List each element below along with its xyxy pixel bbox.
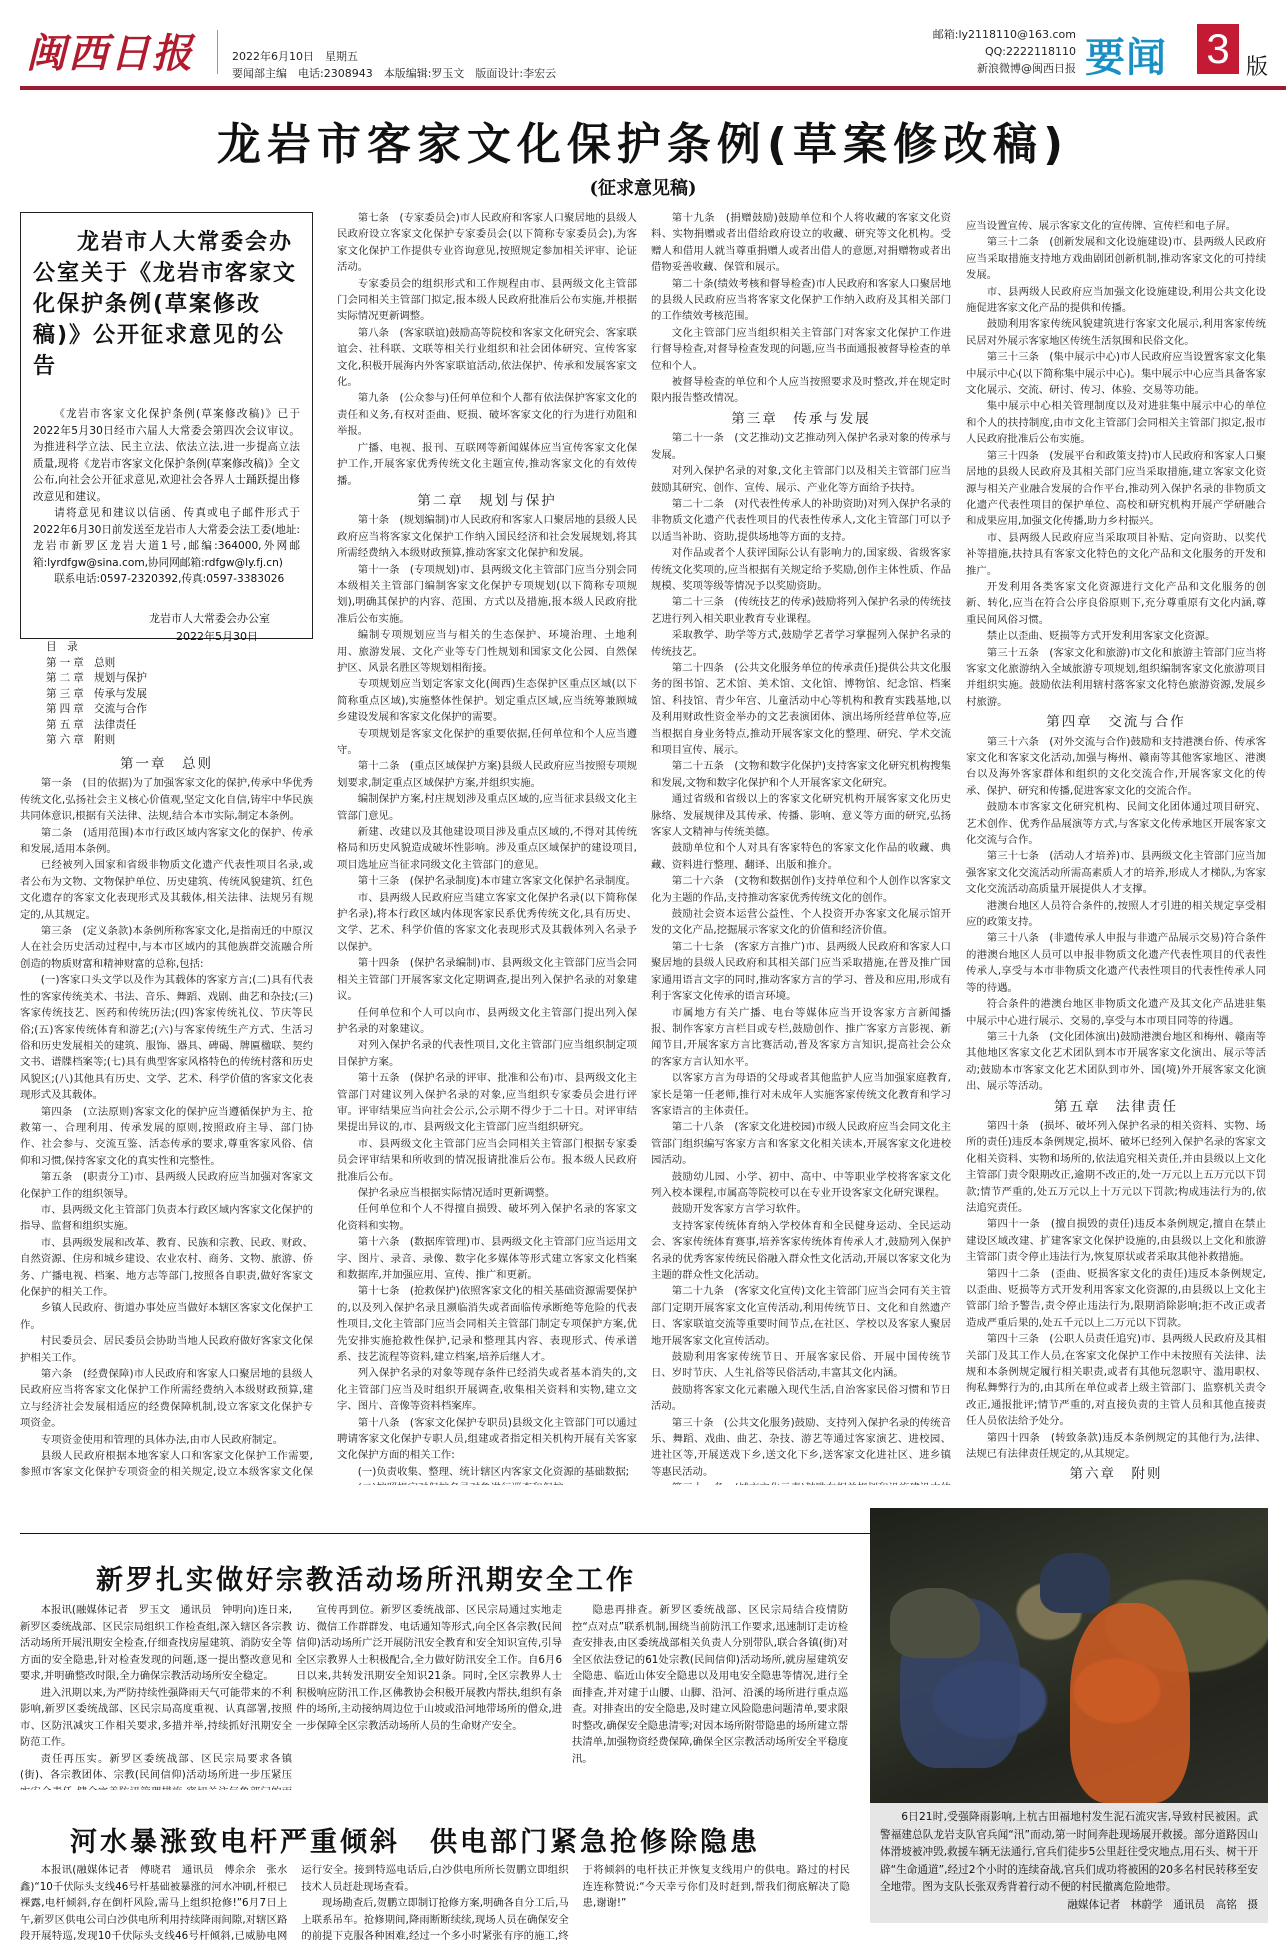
chapter-heading: 第六章 附则 [966,1466,1266,1482]
article-paragraph: 第四十一条 (擅自损毁的责任)违反本条例规定,擅自在禁止建设区域改建、扩建客家文… [966,1216,1266,1265]
article-paragraph: 乡镇人民政府、街道办事处应当做好本辖区客家文化保护工作。 [20,1300,313,1333]
photo-credit: 融媒体记者 林蔚学 通讯员 高铭 摄 [880,1897,1258,1915]
article-paragraph: 以客家方言为母语的父母或者其他监护人应当加强家庭教育,家长是第一任老师,推行对未… [651,1070,951,1119]
article-paragraph: 符合条件的港澳台地区非物质文化遗产及其文化产品进驻集中展示中心进行展示、交易的,… [966,996,1266,1029]
article-subtitle: (征求意见稿) [0,174,1286,200]
article-column-4: 应当设置宣传、展示客家文化的宣传牌、宣传栏和电子屏。 第三十二条 (创新发展和文… [966,218,1266,1488]
article-paragraph: 禁止以歪曲、贬损等方式开发利用客家文化资源。 [966,628,1266,644]
newspaper-logo: 闽西日报 [26,22,194,79]
article-paragraph: 采取教学、助学等方式,鼓励学艺者学习掌握列入保护名录的传统技艺。 [651,627,951,660]
article-paragraph: 市、县两级文化主管部门应当会同相关主管部门根据专家委员会评审结果和所收到的情况报… [337,1136,637,1185]
page-number-badge: 3 [1197,24,1239,74]
story-paragraph: 进入汛期以来,为严防持续性强降雨天气可能带来的不利影响,新罗区委统战部、区民宗局… [20,1685,292,1751]
article-paragraph: 广播、电视、报刊、互联网等新闻媒体应当宣传客家文化保护工作,开展客家优秀传统文化… [337,440,637,489]
article-paragraph: 通过省级和省级以上的客家文化研究机构开展客家文化历史脉络、发展规律及其传承、传播… [651,791,951,840]
toc-chapter-name: 总则 [94,657,115,669]
article-list: (一)客家口头文学以及作为其载体的客家方言;(二)具有代表性的客家传统美术、书法… [20,972,313,1103]
article-paragraph: 第十条 (规划编制)市人民政府和客家人口聚居地的县级人民政府应当将客家文化保护工… [337,512,637,561]
article-paragraph: 第八条 (客家联谊)鼓励高等院校和客家文化研究会、客家联谊会、社科联、文联等相关… [337,325,637,391]
article-paragraph: 第二十七条 (客家方言推广)市、县两级人民政府和客家人口聚居地的县级人民政府和其… [651,939,951,1005]
article-paragraph: 已经被列入国家和省级非物质文化遗产代表性项目名录,或者公布为文物、文物保护单位、… [20,857,313,923]
story-paragraph: 责任再压实。新罗区委统战部、区民宗局要求各镇(街)、各宗教团体、宗教(民间信仰)… [20,1751,292,1791]
article-paragraph: 市、县两级人民政府应当建立客家文化保护名录(以下简称保护名录),将本行政区域内体… [337,890,637,956]
article-paragraph: 第二十五条 (文物和数字化保护)支持客家文化研究机构搜集和发展,文物和数字化保护… [651,758,951,791]
article-paragraph: 第二十二条 (对代表性传承人的补助资助)对列入保护名录的非物质文化遗产代表性项目… [651,496,951,545]
toc-chapter: 第六章 [46,733,94,749]
article-paragraph: 港澳台地区人员符合条件的,按照人才引进的相关规定享受相应的政策支持。 [966,898,1266,931]
story1-column-1: 本报讯(融媒体记者 罗玉文 通讯员 钟明向)连日来,新罗区委统战部、区民宗局组织… [20,1602,292,1790]
table-of-contents: 目 录 第一章总则 第二章规划与保护 第三章传承与发展 第四章交流与合作 第五章… [46,640,147,749]
toc-chapter: 第三章 [46,687,94,703]
photo-figure-life-vest [1070,1603,1190,1803]
article-paragraph: 第十三条 (保护名录制度)本市建立客家文化保护名录制度。 [337,873,637,889]
toc-heading: 目 录 [46,640,147,656]
article-paragraph: 市、县两级文化主管部门负责本行政区域内客家文化保护的指导、监督和组织实施。 [20,1202,313,1235]
article-paragraph: 文化主管部门应当组织相关主管部门对客家文化保护工作进行督导检查,对督导检查发现的… [651,325,951,374]
article-paragraph: 第二十九条 (客家文化宣传)文化主管部门应当会同有关主管部门定期开展客家文化宣传… [651,1283,951,1349]
toc-chapter-name: 交流与合作 [94,703,147,715]
article-paragraph: 第十八条 (客家文化保护专职员)县级文化主管部门可以通过聘请客家文化保护专职人员… [337,1415,637,1464]
chapter-heading: 第二章 规划与保护 [337,493,637,509]
story2-body: 本报讯(融媒体记者 傅晓君 通讯员 傅余余 张水鑫)“10千伏际头支线46号杆基… [20,1862,850,1954]
notice-paragraph: 请将意见和建议以信函、传真或电子邮件形式于2022年6月30日前发送至龙岩市人大… [33,505,300,571]
article-headline: 龙岩市客家文化保护条例(草案修改稿) [0,108,1286,172]
photo-figure-soldier2-cap [1040,1553,1110,1613]
article-paragraph: 第三十九条 (文化团体演出)鼓励港澳台地区和梅州、赣南等其他地区客家文化艺术团队… [966,1029,1266,1095]
article-paragraph: 市属地方有关广播、电台等媒体应当开设客家方言新闻播报、制作客家方言栏目或专栏,鼓… [651,1005,951,1071]
article-paragraph: 专家委员会的组织形式和工作规程由市、县两级文化主管部门会同相关主管部门拟定,报本… [337,276,637,325]
article-paragraph: 第二十八条 (客家文化进校园)市级人民政府应当会同文化主管部门组织编写客家方言和… [651,1119,951,1168]
article-paragraph: 第二十六条 (文物和数据创作)支持单位和个人创作以客家文化为主题的作品,支持推动… [651,873,951,906]
notice-signer: 龙岩市人大常委会办公室 [33,610,270,628]
toc-chapter-name: 附则 [94,734,115,746]
article-paragraph: 任何单位和个人可以向市、县两级文化主管部门提出列入保护名录的对象建议。 [337,1005,637,1038]
article-paragraph: 村民委员会、居民委员会协助当地人民政府做好客家文化保护相关工作。 [20,1333,313,1366]
article-paragraph: (一)负责收集、整理、统计辖区内客家文化资源的基础数据; [337,1464,637,1480]
article-paragraph: 第三十四条 (发展平台和政策支持)市人民政府和客家人口聚居地的县级人民政府及其相… [966,448,1266,530]
toc-chapter: 第四章 [46,702,94,718]
contact-email: 邮箱:ly2118110@163.com [933,26,1076,43]
masthead: 闽西日报 2022年6月10日 星期五 要闻部主编 电话:2308943 本版编… [0,0,1286,88]
masthead-divider [217,30,218,74]
article-paragraph: 编制保护方案,村庄规划涉及重点区域的,应当征求县级文化主管部门意见。 [337,791,637,824]
toc-item: 第五章法律责任 [46,718,147,734]
article-paragraph: 保护名录应当根据实际情况适时更新调整。 [337,1185,637,1201]
chapter-heading: 第五章 法律责任 [966,1099,1266,1115]
toc-item: 第三章传承与发展 [46,687,147,703]
toc-item: 第六章附则 [46,733,147,749]
article-paragraph: 第四十条 (损坏、破坏列入保护名录的相关资料、实物、场所的责任)违反本条例规定,… [966,1118,1266,1216]
article-paragraph: 市、县两级人民政府应当加强文化设施建设,利用公共文化设施促进客家文化产品的提供和… [966,284,1266,317]
article-paragraph: 第十一条 (专项规划)市、县两级文化主管部门应当分别会同本级相关主管部门编制客家… [337,562,637,628]
article-paragraph: 集中展示中心相关管理制度以及对进驻集中展示中心的单位和个人的扶持制度,由市文化主… [966,398,1266,447]
article-paragraph: 第三十七条 (活动人才培养)市、县两级文化主管部门应当加强客家文化交流活动所需高… [966,848,1266,897]
chapter-heading: 第四章 交流与合作 [966,714,1266,730]
article-paragraph: 任何单位和个人不得擅自损毁、破坏列入保护名录的客家文化资料和实物。 [337,1201,637,1234]
article-paragraph: (二)按照规定对保护名录对象进行巡查和保护; [337,1480,637,1485]
article-paragraph: 第九条 (公众参与)任何单位和个人都有依法保护客家文化的责任和义务,有权对歪曲、… [337,390,637,439]
article-paragraph: 第四十四条 (转致条款)违反本条例规定的其他行为,法律、法规已有法律责任规定的,… [966,1430,1266,1463]
story-headline-religious-safety: 新罗扎实做好宗教活动场所汛期安全工作 [96,1558,636,1597]
issue-date: 2022年6月10日 星期五 [232,48,556,65]
article-paragraph: 专项资金使用和管理的具体办法,由市人民政府制定。 [20,1432,313,1448]
story-headline-power-repair: 河水暴涨致电杆严重倾斜 供电部门紧急抢修除隐患 [70,1820,760,1859]
article-paragraph: 列入保护名录的对象等现存条件已经消失或者基本消失的,文化主管部门应当及时组织开展… [337,1365,637,1414]
section-name: 要闻 [1085,26,1167,83]
article-paragraph: 第四十三条 (公职人员责任追究)市、县两级人民政府及其相关部门及其工作人员,在客… [966,1331,1266,1429]
story-paragraph: 宣传再到位。新罗区委统战部、区民宗局通过实地走访、微信工作群群发、电话通知等形式… [296,1602,562,1734]
article-paragraph: 第二十条(绩效考核和督导检查)市人民政府和客家人口聚居地的县级人民政府应当将客家… [651,276,951,325]
article-paragraph: 第二十三条 (传统技艺的传承)鼓励将列入保护名录的传统技艺进行列入相关职业教育专… [651,594,951,627]
toc-chapter-name: 规划与保护 [94,672,147,684]
notice-body: 《龙岩市客家文化保护条例(草案修改稿)》已于2022年5月30日经市六届人大常委… [33,406,300,588]
article-paragraph: 第十四条 (保护名录编制)市、县两级文化主管部门应当会同相关主管部门开展客家文化… [337,955,637,1004]
contact-weibo: 新浪微博@闽西日报 [933,60,1076,77]
toc-chapter: 第一章 [46,656,94,672]
article-paragraph: 第十九条 (捐赠鼓励)鼓励单位和个人将收藏的客家文化资料、实物捐赠或者出借给政府… [651,210,951,276]
article-paragraph: 应当设置宣传、展示客家文化的宣传牌、宣传栏和电子屏。 [966,218,1266,234]
article-paragraph: 鼓励社会资本运营公益性、个人投资开办客家文化展示馆开发的文化产品,挖掘展示客家文… [651,906,951,939]
article-column-1: 第一章 总则 第一条 (目的依据)为了加强客家文化的保护,传承中华优秀传统文化,… [20,752,313,1482]
toc-chapter-name: 传承与发展 [94,688,147,700]
rescue-photo [870,1508,1268,1803]
article-paragraph: 第七条 (专家委员会)市人民政府和客家人口聚居地的县级人民政府设立客家文化保护专… [337,210,637,276]
story-paragraph: 本报讯(融媒体记者 罗玉文 通讯员 钟明向)连日来,新罗区委统战部、区民宗局组织… [20,1602,292,1685]
toc-item: 第四章交流与合作 [46,702,147,718]
article-paragraph: 鼓励幼儿园、小学、初中、高中、中等职业学校将客家文化列入校本课程,市属高等院校可… [651,1169,951,1202]
article-paragraph: 县级人民政府根据本地客家人口和客家文化保护工作需要,参照市客家文化保护专项资金的… [20,1448,313,1482]
article-paragraph: 鼓励本市客家文化研究机构、民间文化团体通过项目研究、艺术创作、优秀作品展演等方式… [966,799,1266,848]
article-paragraph: 对作品或者个人获评国际公认有影响力的,国家级、省级客家传统文化奖项的,应当根据有… [651,545,951,594]
page-suffix: 版 [1246,50,1268,81]
notice-paragraph: 联系电话:0597-2320392,传真:0597-3383026 [33,571,300,588]
toc-item: 第一章总则 [46,656,147,672]
toc-chapter: 第五章 [46,718,94,734]
article-paragraph: 第三十一条 (城市文化元素)鼓励在相关规划和设施建设中体现客家文化特色,将其融入… [651,1480,951,1485]
photo-caption: 6日21时,受强降雨影响,上杭古田福地村发生泥石流灾害,导致村民被困。武警福建总… [870,1803,1268,1923]
masthead-meta: 2022年6月10日 星期五 要闻部主编 电话:2308943 本版编辑:罗玉文… [232,48,556,82]
caption-text: 6日21时,受强降雨影响,上杭古田福地村发生泥石流灾害,导致村民被困。武警福建总… [880,1809,1258,1897]
article-paragraph: 第一条 (目的依据)为了加强客家文化的保护,传承中华优秀传统文化,弘扬社会主义核… [20,775,313,824]
article-paragraph: 开发利用各类客家文化资源进行文化产品和文化服务的创新、转化,应当在符合公序良俗原… [966,579,1266,628]
article-paragraph: 鼓励单位和个人对具有客家特色的客家文化作品的收藏、典藏、资料进行整理、翻译、出版… [651,840,951,873]
masthead-rule [20,86,1286,90]
article-paragraph: 鼓励开发客家方言学习软件。 [651,1201,951,1217]
article-paragraph: 第六条 (经费保障)市人民政府和客家人口聚居地的县级人民政府应当将客家文化保护工… [20,1366,313,1432]
article-paragraph: 第三十二条 (创新发展和文化设施建设)市、县两级人民政府应当采取措施支持地方戏曲… [966,234,1266,283]
contact-qq: QQ:2222118110 [933,43,1076,60]
article-paragraph: 第十二条 (重点区域保护方案)县级人民政府应当按照专项规划要求,制定重点区域保护… [337,758,637,791]
article-paragraph: 第三十三条 (集中展示中心)市人民政府应当设置客家文化集中展示中心(以下简称集中… [966,349,1266,398]
article-paragraph: 第四条 (立法原则)客家文化的保护应当遵循保护为主、抢救第一、合理利用、传承发展… [20,1104,313,1170]
notice-title: 龙岩市人大常委会办公室关于《龙岩市客家文化保护条例(草案修改稿)》公开征求意见的… [33,227,300,382]
public-notice-box: 龙岩市人大常委会办公室关于《龙岩市客家文化保护条例(草案修改稿)》公开征求意见的… [20,212,313,639]
chapter-heading: 第一章 总则 [20,756,313,772]
article-paragraph: 被督导检查的单位和个人应当按照要求及时整改,并在规定时限内报告整改情况。 [651,374,951,407]
toc-chapter: 第二章 [46,671,94,687]
article-paragraph: 第二十一条 (文艺推动)文艺推动列入保护名录对象的传承与发展。 [651,430,951,463]
story1-column-2: 宣传再到位。新罗区委统战部、区民宗局通过实地走访、微信工作群群发、电话通知等形式… [290,1602,562,1790]
masthead-contact: 邮箱:ly2118110@163.com QQ:2222118110 新浪微博@… [933,26,1076,77]
article-paragraph: 第四十五条 (生效日期)本条例自2022年 月 日起施行。 [966,1486,1266,1488]
article-paragraph: 第五条 (职责分工)市、县两级人民政府应当加强对客家文化保护工作的组织领导。 [20,1169,313,1202]
article-paragraph: 鼓励将客家文化元素融入现代生活,自治客家民俗习惯和节日活动。 [651,1382,951,1415]
staff-credits: 要闻部主编 电话:2308943 本版编辑:罗玉文 版面设计:李宏云 [232,65,556,82]
article-column-3: 第十九条 (捐赠鼓励)鼓励单位和个人将收藏的客家文化资料、实物捐赠或者出借给政府… [651,210,951,1485]
article-paragraph: 专项规划是客家文化保护的重要依据,任何单位和个人应当遵守。 [337,726,637,759]
article-paragraph: 对列入保护名录的对象,文化主管部门以及相关主管部门应当鼓励其研究、创作、宣传、展… [651,463,951,496]
article-paragraph: 第三十五条 (客家文化和旅游)市文化和旅游主管部门应当将客家文化旅游纳入全域旅游… [966,645,1266,711]
photo-figure-soldier-cap [890,1588,980,1658]
story-paragraph: 隐患再排查。新罗区委统战部、区民宗局结合疫情防控“点对点”联系机制,围绕当前防汛… [572,1602,848,1767]
article-paragraph: 专项规划应当划定客家文化(闽西)生态保护区重点区域(以下简称重点区域),实施整体… [337,676,637,725]
article-paragraph: 支持客家传统体育纳入学校体育和全民健身运动、全民运动会、客家传统体育赛事,培养客… [651,1218,951,1284]
article-column-2: 第七条 (专家委员会)市人民政府和客家人口聚居地的县级人民政府设立客家文化保护专… [337,210,637,1485]
article-paragraph: 市、县两级发展和改革、教育、民族和宗教、民政、财政、自然资源、住房和城乡建设、农… [20,1235,313,1301]
article-paragraph: 第十六条 (数据库管理)市、县两级文化主管部门应当运用文字、图片、录音、录像、数… [337,1234,637,1283]
toc-chapter-name: 法律责任 [94,719,136,731]
article-paragraph: 编制专项规划应当与相关的生态保护、环境治理、土地利用、旅游发展、文化产业等专门性… [337,627,637,676]
article-paragraph: 鼓励利用客家传统节日、开展客家民俗、开展中国传统节日、岁时节庆、人生礼俗等民俗活… [651,1349,951,1382]
article-paragraph: 第三条 (定义条款)本条例所称客家文化,是指南迁的中原汉人在社会历史活动过程中,… [20,923,313,972]
article-paragraph: 第三十条 (公共文化服务)鼓励、支持列入保护名录的传统音乐、舞蹈、戏曲、曲艺、杂… [651,1415,951,1481]
article-paragraph: 市、县两级人民政府应当采取项目补贴、定向资助、以奖代补等措施,扶持具有客家文化特… [966,530,1266,579]
article-paragraph: 第十五条 (保护名录的评审、批准和公布)市、县两级文化主管部门对建议列入保护名录… [337,1070,637,1136]
article-paragraph: 对列入保护名录的代表性项目,文化主管部门应当组织制定项目保护方案。 [337,1037,637,1070]
story1-column-3: 隐患再排查。新罗区委统战部、区民宗局结合疫情防控“点对点”联系机制,围绕当前防汛… [566,1602,848,1790]
article-paragraph: 第二条 (适用范围)本市行政区域内客家文化的保护、传承和发展,适用本条例。 [20,825,313,858]
notice-paragraph: 《龙岩市客家文化保护条例(草案修改稿)》已于2022年5月30日经市六届人大常委… [33,406,300,505]
article-paragraph: 第三十六条 (对外交流与合作)鼓励和支持港澳台侨、传承客家文化和客家文化活动,加… [966,734,1266,800]
toc-item: 第二章规划与保护 [46,671,147,687]
chapter-heading: 第三章 传承与发展 [651,411,951,427]
article-paragraph: 新建、改建以及其他建设项目涉及重点区域的,不得对其传统格局和历史风貌造成破坏性影… [337,824,637,873]
article-paragraph: 第三十八条 (非遗传承人申报与非遗产品展示交易)符合条件的港澳台地区人员可以申报… [966,930,1266,996]
article-paragraph: 鼓励利用客家传统风貌建筑进行客家文化展示,利用客家传统民居对外展示客家地区传统生… [966,316,1266,349]
article-paragraph: 第十七条 (抢救保护)依照客家文化的相关基础资源需要保护的,以及列入保护名录且濒… [337,1283,637,1365]
article-paragraph: 第四十二条 (歪曲、贬损客家文化的责任)违反本条例规定,以歪曲、贬损等方式开发利… [966,1266,1266,1332]
article-paragraph: 第二十四条 (公共文化服务单位的传承责任)提供公共文化服务的图书馆、艺术馆、美术… [651,660,951,758]
